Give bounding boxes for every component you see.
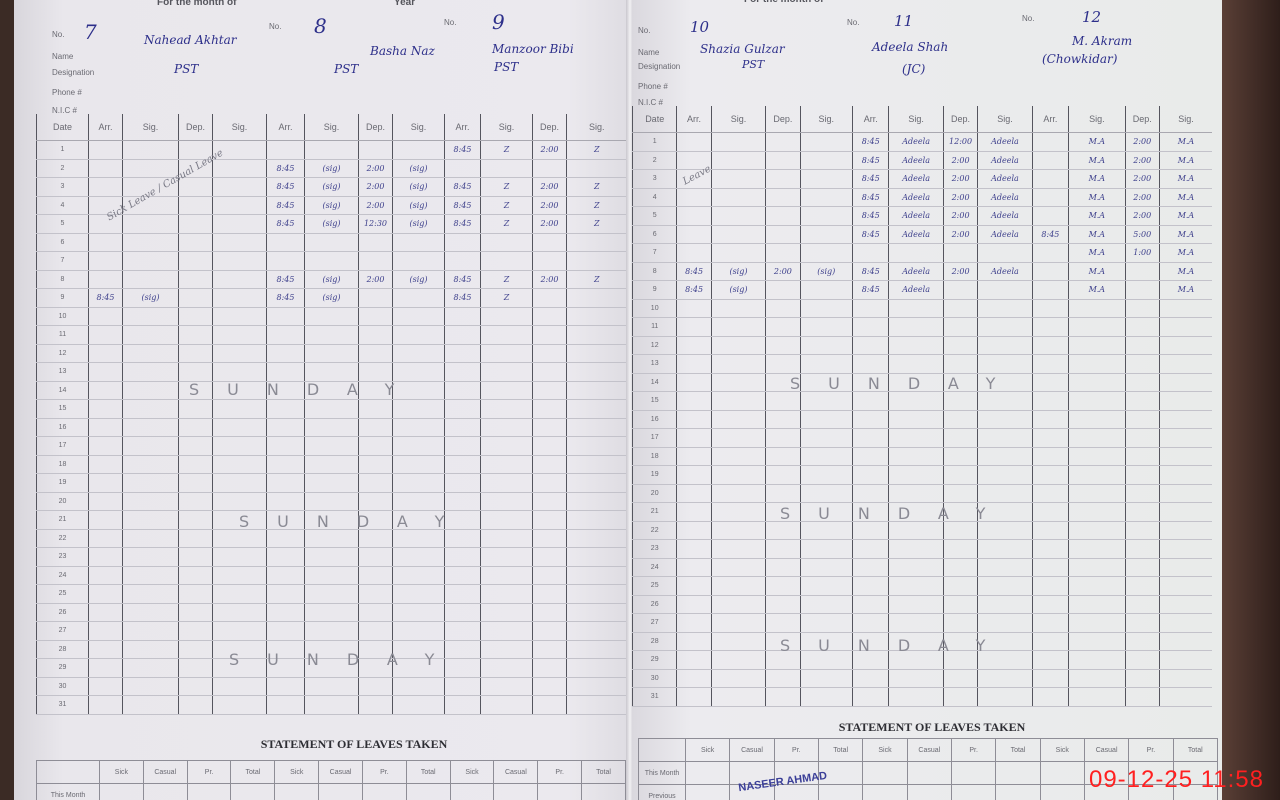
leaves-col-casual: Casual [730,739,774,762]
date-cell: 3 [37,178,89,197]
entry-cell [766,466,800,485]
entry-cell [1032,447,1068,466]
entry-cell [567,640,627,659]
entry-cell [123,677,179,696]
entry-cell: 8:45 [267,270,305,289]
entry-cell [481,400,533,419]
entry-cell [766,540,800,559]
entry-cell: M.A [1159,262,1212,281]
no-label: No. [847,18,859,27]
entry-cell [267,677,305,696]
entry-cell [123,141,179,160]
entry-cell [305,400,359,419]
entry-cell [800,577,852,596]
entry-cell [677,614,711,633]
entry-cell [766,355,800,374]
sunday-mark: SUNDAY [229,650,462,669]
entry-cell [1125,577,1159,596]
entry-cell [213,233,267,252]
entry-cell [978,521,1033,540]
entry-cell [853,299,889,318]
date-cell: 24 [633,558,677,577]
entry-cell [943,558,977,577]
entry-cell [481,418,533,437]
entry-cell [359,289,393,308]
entry-cell [677,521,711,540]
table-row: 38:45Adeela2:00AdeelaM.A2:00M.A [633,170,1213,189]
entry-cell [800,207,852,226]
entry-cell [89,529,123,548]
entry-cell [267,233,305,252]
table-row: 7M.A1:00M.A [633,244,1213,263]
entry-cell [889,410,944,429]
entry-cell [359,492,393,511]
entry-cell [766,281,800,300]
entry-cell: 8:45 [267,178,305,197]
camera-timestamp: 09-12-25 11:58 [1089,766,1264,794]
entry-cell [213,585,267,604]
entry-cell [978,688,1033,707]
entry-cell: 8:45 [853,133,889,152]
entry-cell [1125,392,1159,411]
entry-cell [567,289,627,308]
entry-cell [711,188,766,207]
entry-cell [393,696,445,715]
entry-cell [179,474,213,493]
col-dep: Dep. [533,114,567,141]
leaves-col-total: Total [1173,739,1217,762]
entry-cell [711,540,766,559]
entry-cell [359,585,393,604]
entry-cell [1125,521,1159,540]
entry-cell [179,344,213,363]
entry-cell: M.A [1069,207,1126,226]
entry-cell [179,640,213,659]
entry-cell [766,521,800,540]
entry-cell [677,392,711,411]
entry-cell [393,677,445,696]
entry-cell [567,677,627,696]
entry-cell [853,614,889,633]
entry-cell [89,363,123,382]
entry-cell [889,392,944,411]
entry-cell [267,252,305,271]
table-row: 31 [37,696,627,715]
entry-cell: 8:45 [445,141,481,160]
entry-cell [267,492,305,511]
entry-cell [481,437,533,456]
entry-cell [213,307,267,326]
entry-cell: Adeela [889,170,944,189]
background-edge [1222,0,1280,800]
entry-cell [1032,614,1068,633]
entry-cell [533,363,567,382]
grid-header-row: Date Arr. Sig. Dep. Sig. Arr. Sig. Dep. … [37,114,627,141]
entry-cell: 2:00 [943,151,977,170]
staff-name-7: Nahead Akhtar [144,33,237,47]
entry-cell [978,466,1033,485]
date-cell: 3 [633,170,677,189]
entry-cell [213,548,267,567]
entry-cell: 8:45 [445,270,481,289]
entry-cell [1159,336,1212,355]
entry-cell [305,307,359,326]
entry-cell [393,548,445,567]
table-row: 68:45Adeela2:00Adeela8:45M.A5:00M.A [633,225,1213,244]
entry-cell [533,455,567,474]
entry-cell: M.A [1159,170,1212,189]
entry-cell [213,344,267,363]
entry-cell: 8:45 [445,289,481,308]
entry-cell [711,688,766,707]
entry-cell [766,577,800,596]
background-edge [0,0,14,800]
entry-cell: (sig) [393,159,445,178]
date-cell: 7 [37,252,89,271]
entry-cell [305,474,359,493]
entry-cell: (sig) [305,289,359,308]
entry-cell [445,159,481,178]
entry-cell [1069,577,1126,596]
entry-cell [1032,355,1068,374]
entry-cell [393,529,445,548]
entry-cell [305,603,359,622]
entry-cell [567,233,627,252]
entry-cell: M.A [1069,151,1126,170]
entry-cell [677,429,711,448]
phone-label: Phone # [638,82,668,91]
entry-cell [677,244,711,263]
entry-cell [267,474,305,493]
entry-cell [481,455,533,474]
entry-cell: M.A [1069,170,1126,189]
entry-cell [889,521,944,540]
entry-cell [853,521,889,540]
entry-cell [711,225,766,244]
leaves-col-pr: Pr. [362,761,406,784]
date-cell: 13 [37,363,89,382]
entry-cell [89,511,123,530]
entry-cell: M.A [1069,244,1126,263]
entry-cell [1069,521,1126,540]
entry-cell [766,299,800,318]
entry-cell [711,410,766,429]
entry-cell [1032,632,1068,651]
sunday-mark: SUNDAY [790,374,1023,393]
entry-cell [711,484,766,503]
entry-cell [978,299,1033,318]
entry-cell: Adeela [889,207,944,226]
entry-cell [533,659,567,678]
entry-cell [889,540,944,559]
entry-cell [853,410,889,429]
table-row: 11 [37,326,627,345]
entry-cell [1159,558,1212,577]
entry-cell [853,577,889,596]
col-dep: Dep. [766,106,800,133]
entry-cell [481,622,533,641]
entry-cell [1125,688,1159,707]
grid-header-row: Date Arr. Sig. Dep. Sig. Arr. Sig. Dep. … [633,106,1213,133]
entry-cell [1032,540,1068,559]
entry-cell [267,696,305,715]
entry-cell [853,244,889,263]
date-cell: 8 [633,262,677,281]
entry-cell [1032,558,1068,577]
attendance-grid-right: Date Arr. Sig. Dep. Sig. Arr. Sig. Dep. … [632,106,1212,707]
entry-cell [1159,540,1212,559]
entry-cell [978,669,1033,688]
entry-cell [89,640,123,659]
entry-cell [445,326,481,345]
entry-cell [123,585,179,604]
entry-cell [889,299,944,318]
entry-cell [481,233,533,252]
date-cell: 17 [37,437,89,456]
staff-no-11: 11 [894,12,913,30]
entry-cell [123,529,179,548]
table-row: 23 [633,540,1213,559]
staff-designation-8: PST [334,62,358,76]
col-sig: Sig. [978,106,1033,133]
entry-cell [766,170,800,189]
staff-name-11: Adeela Shah [872,40,948,54]
table-row: 27 [633,614,1213,633]
entry-cell: (sig) [393,196,445,215]
entry-cell [766,244,800,263]
entry-cell [943,336,977,355]
entry-cell [1159,429,1212,448]
entry-cell [305,455,359,474]
entry-cell: Adeela [889,262,944,281]
sunday-mark: SUNDAY [189,380,422,399]
entry-cell [853,318,889,337]
date-cell: 11 [633,318,677,337]
entry-cell [179,548,213,567]
entry-cell [711,318,766,337]
date-cell: 31 [633,688,677,707]
entry-cell [393,566,445,585]
date-cell: 21 [633,503,677,522]
entry-cell [393,418,445,437]
entry-cell [889,355,944,374]
entry-cell [711,392,766,411]
entry-cell [943,410,977,429]
entry-cell [123,511,179,530]
entry-cell [89,474,123,493]
entry-cell [1125,410,1159,429]
entry-cell [978,355,1033,374]
entry-cell [533,696,567,715]
entry-cell: M.A [1159,133,1212,152]
entry-cell [1125,558,1159,577]
entry-cell: Adeela [978,262,1033,281]
entry-cell [89,437,123,456]
entry-cell [123,418,179,437]
entry-cell [1159,355,1212,374]
date-cell: 25 [37,585,89,604]
date-cell: 26 [37,603,89,622]
date-cell: 19 [633,466,677,485]
date-cell: 5 [37,215,89,234]
entry-cell [1032,595,1068,614]
date-cell: 16 [633,410,677,429]
entry-cell [533,437,567,456]
entry-cell [943,281,977,300]
entry-cell [445,252,481,271]
entry-cell: Z [481,178,533,197]
entry-cell [305,529,359,548]
entry-cell [567,418,627,437]
entry-cell [978,410,1033,429]
entry-cell [213,400,267,419]
entry-cell [1125,669,1159,688]
entry-cell [800,429,852,448]
entry-cell [1032,429,1068,448]
table-row: 98:45(sig)8:45AdeelaM.AM.A [633,281,1213,300]
entry-cell [213,622,267,641]
leaves-col-casual: Casual [907,739,951,762]
col-arr: Arr. [445,114,481,141]
entry-cell: 8:45 [677,281,711,300]
table-row: 13 [633,355,1213,374]
col-sig: Sig. [889,106,944,133]
entry-cell: 8:45 [445,215,481,234]
entry-cell [1069,540,1126,559]
entry-cell: 8:45 [853,262,889,281]
entry-cell [677,355,711,374]
year-label: Year [394,0,415,8]
date-cell: 24 [37,566,89,585]
entry-cell [533,585,567,604]
entry-cell [123,159,179,178]
entry-cell [305,233,359,252]
table-row: 30 [37,677,627,696]
table-row: 58:45(sig)12:30(sig)8:45Z2:00Z [37,215,627,234]
entry-cell [123,381,179,400]
entry-cell [677,558,711,577]
entry-cell [889,688,944,707]
designation-label: Designation [638,62,680,71]
entry-cell [800,447,852,466]
name-label: Name [52,52,73,61]
entry-cell [677,669,711,688]
entry-cell [567,622,627,641]
entry-cell: (sig) [711,281,766,300]
entry-cell [179,659,213,678]
date-cell: 27 [633,614,677,633]
entry-cell [213,529,267,548]
entry-cell [1032,410,1068,429]
table-row: 18:45Adeela12:00AdeelaM.A2:00M.A [633,133,1213,152]
entry-cell [711,632,766,651]
date-cell: 29 [633,651,677,670]
entry-cell [853,429,889,448]
col-sig: Sig. [305,114,359,141]
entry-cell: Adeela [978,207,1033,226]
entry-cell [359,696,393,715]
entry-cell [89,233,123,252]
entry-cell [567,548,627,567]
entry-cell [213,474,267,493]
entry-cell [1159,410,1212,429]
entry-cell [213,289,267,308]
entry-cell [978,595,1033,614]
entry-cell [1069,447,1126,466]
entry-cell [359,326,393,345]
entry-cell [179,529,213,548]
entry-cell [89,400,123,419]
entry-cell [943,688,977,707]
entry-cell [567,492,627,511]
entry-cell [123,622,179,641]
entry-cell [533,511,567,530]
table-row: 7 [37,252,627,271]
entry-cell [567,659,627,678]
entry-cell [943,392,977,411]
table-row: 26 [633,595,1213,614]
entry-cell: Adeela [978,133,1033,152]
entry-cell: 2:00 [943,170,977,189]
entry-cell [445,233,481,252]
entry-cell [359,400,393,419]
entry-cell [711,244,766,263]
entry-cell [567,474,627,493]
entry-cell [1125,614,1159,633]
entry-cell [179,566,213,585]
table-row: 88:45(sig)2:00(sig)8:45Adeela2:00AdeelaM… [633,262,1213,281]
month-label: For the month of [157,0,236,8]
entry-cell [943,355,977,374]
entry-cell [359,141,393,160]
entry-cell [305,437,359,456]
entry-cell [677,336,711,355]
entry-cell [1159,669,1212,688]
entry-cell [533,326,567,345]
entry-cell [800,133,852,152]
entry-cell [1159,688,1212,707]
entry-cell [445,566,481,585]
entry-cell: 2:00 [359,270,393,289]
entry-cell [213,270,267,289]
entry-cell [567,344,627,363]
col-sig: Sig. [711,106,766,133]
entry-cell [1032,521,1068,540]
entry-cell [766,484,800,503]
entry-cell [393,400,445,419]
entry-cell [943,466,977,485]
entry-cell [179,677,213,696]
entry-cell [267,603,305,622]
sunday-mark: SUNDAY [239,512,472,531]
entry-cell [677,447,711,466]
entry-cell [213,363,267,382]
date-cell: 6 [633,225,677,244]
entry-cell [179,400,213,419]
entry-cell [567,455,627,474]
table-row: 13 [37,363,627,382]
entry-cell [1069,466,1126,485]
entry-cell: 12:30 [359,215,393,234]
col-dep: Dep. [943,106,977,133]
entry-cell: 12:00 [943,133,977,152]
entry-cell: 2:00 [1125,151,1159,170]
table-row: 6 [37,233,627,252]
entry-cell [123,474,179,493]
entry-cell: (sig) [711,262,766,281]
entry-cell [89,141,123,160]
leaves-col-casual: Casual [1084,739,1128,762]
